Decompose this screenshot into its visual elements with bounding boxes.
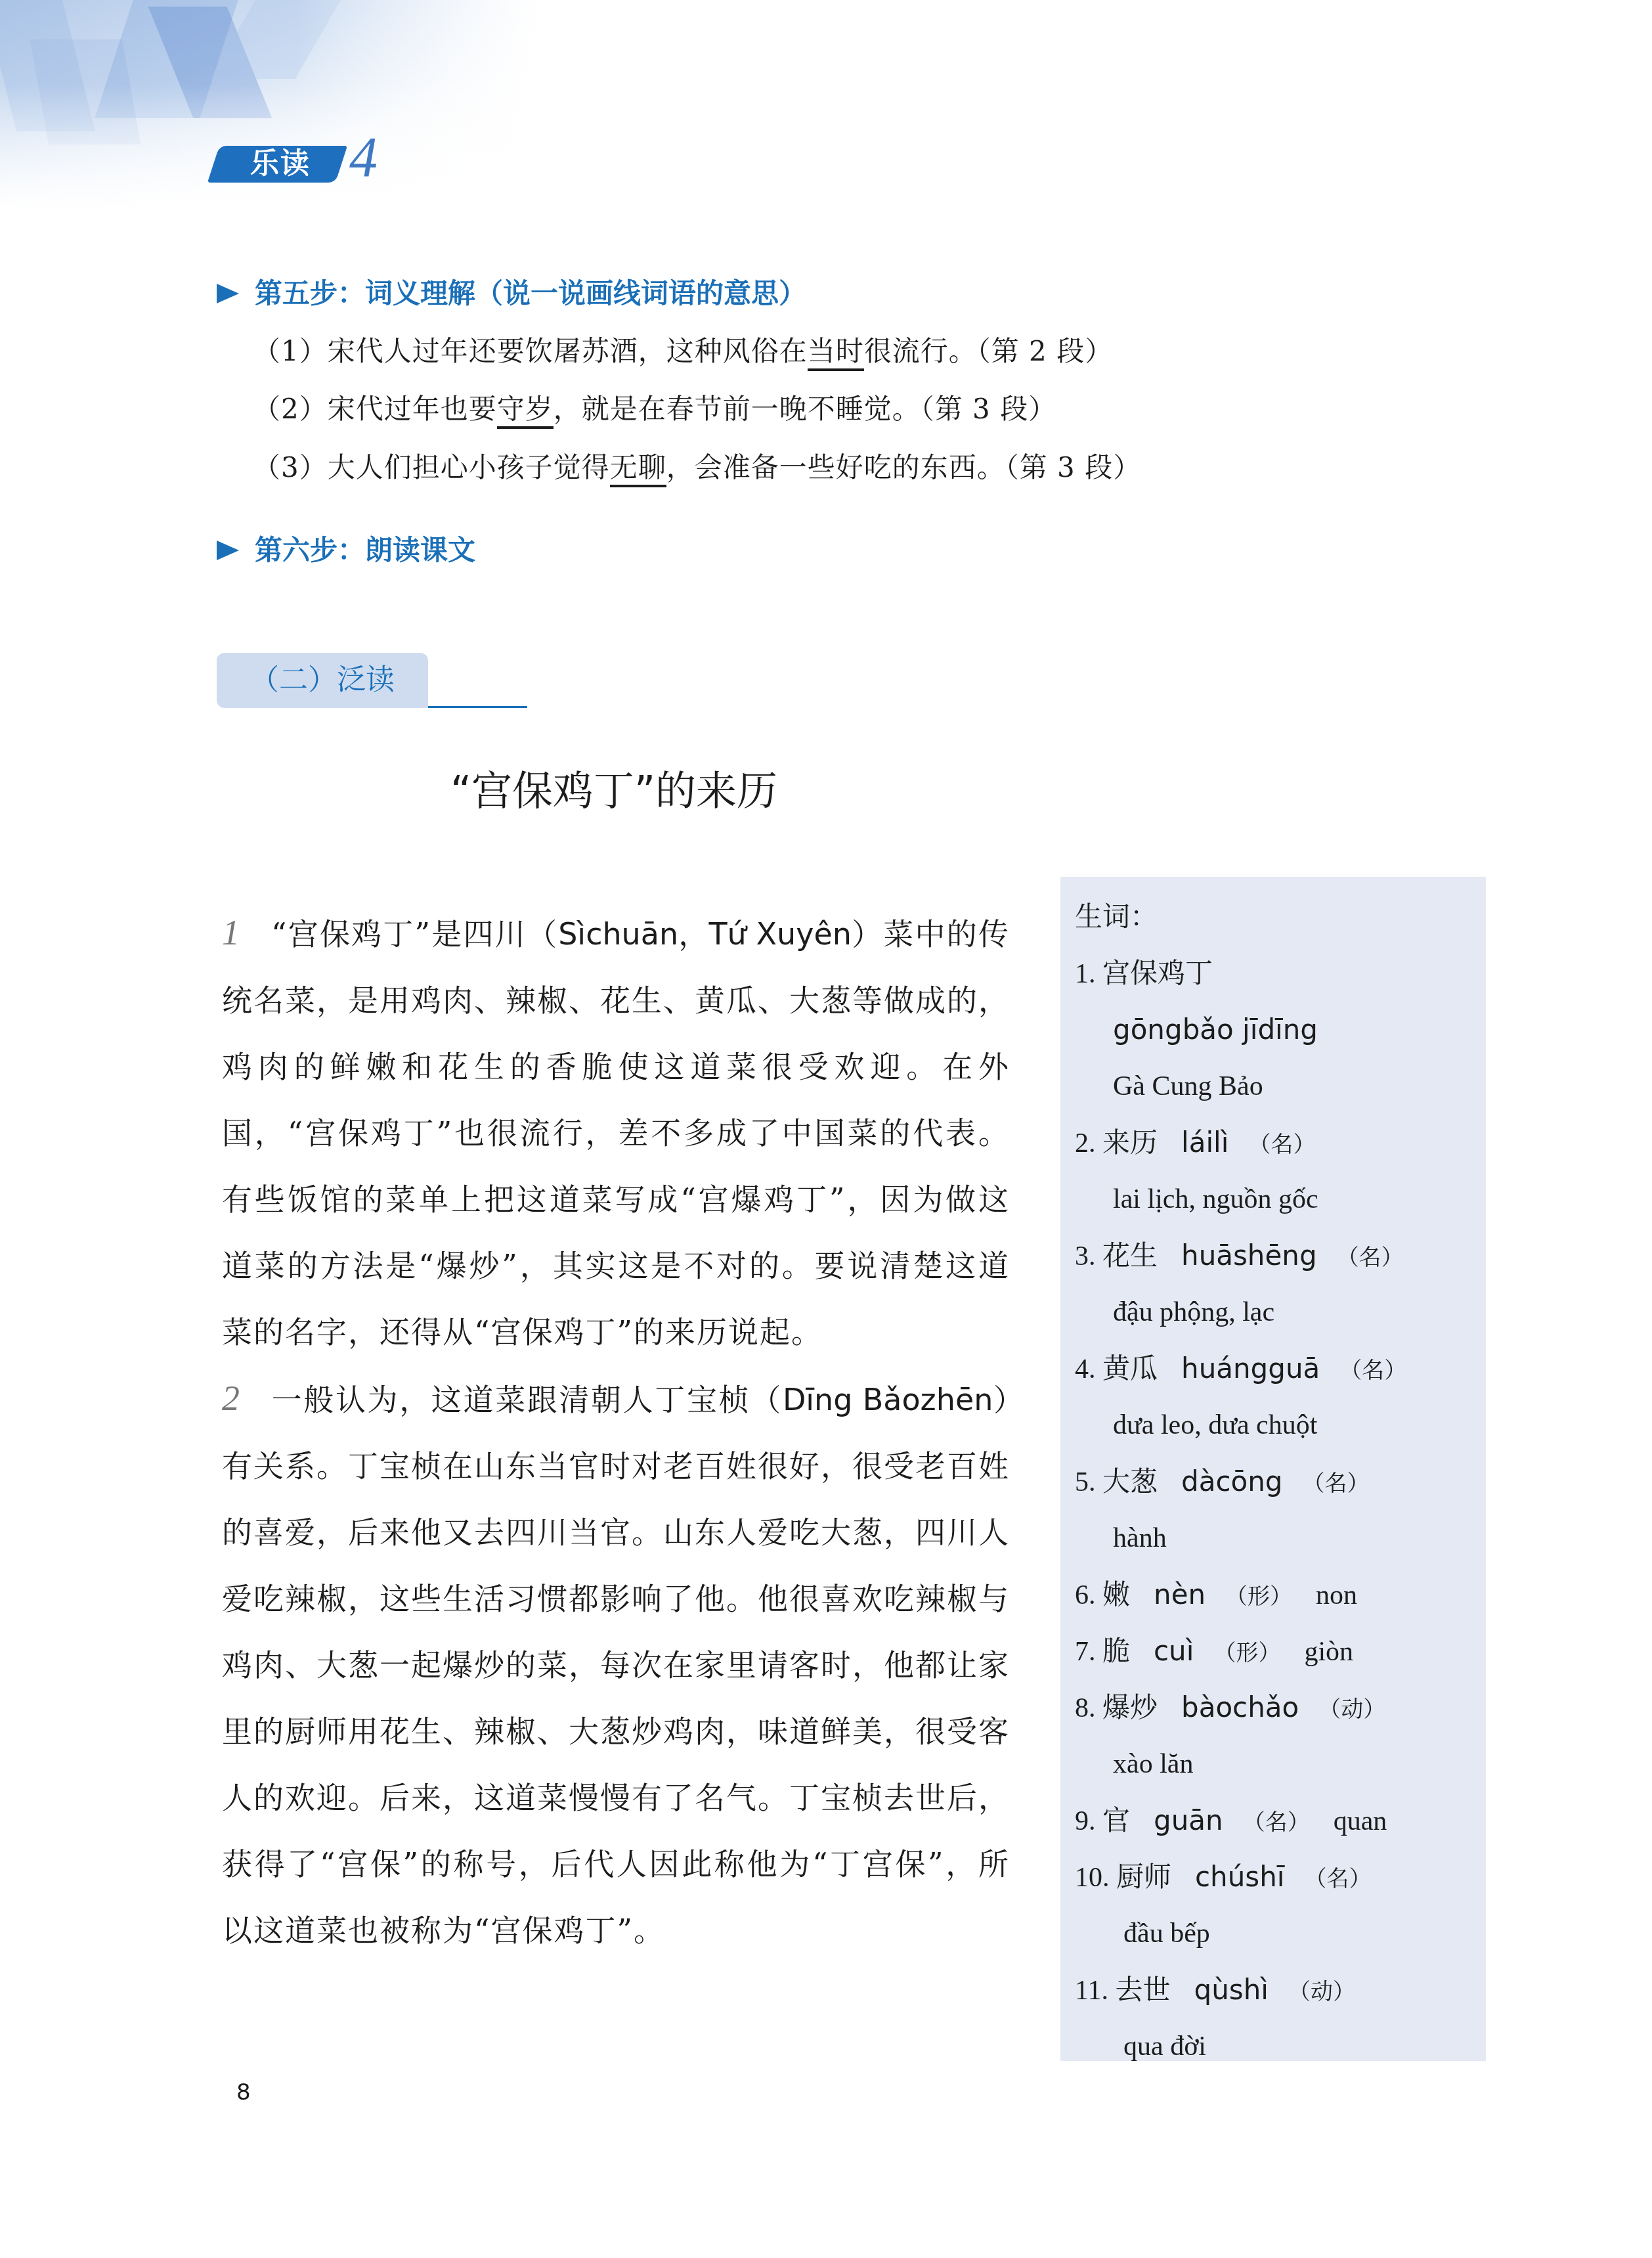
pinyin-annotation: Dīng Bǎozhēn (783, 1382, 993, 1417)
vocab-part-of-speech: （名） (1305, 1866, 1372, 1892)
vocab-word: 官 (1102, 1804, 1130, 1836)
pinyin-annotation: Sìchuān，Tứ Xuyên (558, 916, 852, 952)
unit-number: 4 (349, 129, 378, 185)
vocab-index: 7. (1075, 1637, 1096, 1667)
exercise-item-1: （1）宋代人过年还要饮屠苏酒，这种风俗在当时很流行。（第 2 段） (253, 333, 1113, 370)
vocab-word: 黄瓜 (1102, 1352, 1158, 1384)
vocab-index: 2. (1075, 1128, 1096, 1159)
exercise-item-3: （3）大人们担心小孩子觉得无聊，会准备一些好吃的东西。（第 3 段） (253, 449, 1141, 486)
article-body: 1“宫保鸡丁”是四川（Sìchuān，Tứ Xuyên）菜中的传统名菜，是用鸡肉… (222, 900, 1010, 1964)
triangle-bullet-icon (217, 284, 239, 303)
vocab-entry-4: 4. 黄瓜huángguā（名） (1075, 1340, 1479, 1397)
vocab-pinyin: dàcōng (1181, 1465, 1282, 1497)
vocab-meaning: xào lăn (1113, 1749, 1193, 1779)
exercise-text: 很流行。（第 2 段） (864, 335, 1113, 367)
paragraph-text: ）菜中的传统名菜，是用鸡肉、辣椒、花生、黄瓜、大葱等做成的，鸡肉的鲜嫩和花生的香… (222, 916, 1010, 1350)
vocab-entry-6: 6. 嫩nèn（形）non (1075, 1566, 1479, 1623)
vocab-part-of-speech: （名） (1302, 1471, 1369, 1497)
vocab-index: 6. (1075, 1580, 1096, 1610)
vocab-word: 爆炒 (1102, 1691, 1158, 1723)
article-paragraph-1: 1“宫保鸡丁”是四川（Sìchuān，Tứ Xuyên）菜中的传统名菜，是用鸡肉… (222, 900, 1010, 1365)
vocab-word: 花生 (1102, 1239, 1158, 1272)
vocab-pinyin: guān (1154, 1804, 1223, 1836)
vocab-index: 5. (1075, 1467, 1096, 1497)
exercise-text: （3）大人们担心小孩子觉得 (253, 451, 610, 483)
vocab-index: 9. (1075, 1806, 1096, 1836)
vocab-index: 10. (1075, 1863, 1110, 1893)
vocab-word: 大葱 (1102, 1465, 1158, 1497)
vocab-index: 1. (1075, 959, 1096, 989)
vocab-entry-8: 8. 爆炒bàochǎo（动） (1075, 1679, 1479, 1736)
page-number: 8 (236, 2079, 251, 2106)
section-label: （二）泛读 (217, 653, 428, 708)
vocab-meaning: hành (1113, 1523, 1167, 1553)
vocab-word: 来历 (1102, 1126, 1158, 1159)
step5-heading-text: 第五步：词义理解（说一说画线词语的意思） (255, 275, 806, 312)
vocab-meaning: quan (1334, 1806, 1387, 1836)
vocab-meaning: lai lịch, nguồn gốc (1113, 1184, 1318, 1214)
paragraph-number: 2 (222, 1379, 241, 1418)
vocab-part-of-speech: （形） (1225, 1583, 1292, 1610)
vocab-meaning-line: Gà Cung Bảo (1075, 1058, 1479, 1115)
vocab-part-of-speech: （动） (1288, 1979, 1355, 2005)
vocab-pinyin: láilì (1181, 1126, 1228, 1159)
vocab-entry-1: 1. 宫保鸡丁 (1075, 945, 1479, 1002)
vocab-part-of-speech: （形） (1213, 1640, 1280, 1666)
vocab-meaning-line: lai lịch, nguồn gốc (1075, 1171, 1479, 1228)
paragraph-number: 1 (222, 913, 241, 952)
vocab-entry-5: 5. 大葱dàcōng（名） (1075, 1453, 1479, 1510)
exercise-text: ，就是在春节前一晚不睡觉。（第 3 段） (554, 393, 1056, 425)
vocab-meaning: đầu bếp (1123, 1918, 1210, 1949)
vocab-pinyin: gōngbǎo jīdīng (1113, 1013, 1318, 1046)
vocab-part-of-speech: （名） (1339, 1358, 1406, 1384)
vocab-pinyin: qùshì (1194, 1974, 1268, 2006)
vocab-meaning: non (1316, 1580, 1357, 1610)
vocab-meaning-line: đầu bếp (1075, 1905, 1479, 1962)
exercise-text: （1）宋代人过年还要饮屠苏酒，这种风俗在 (253, 335, 808, 367)
vocab-word: 宫保鸡丁 (1102, 957, 1213, 989)
vocab-meaning-line: hành (1075, 1510, 1479, 1566)
paragraph-text: ）有关系。丁宝桢在山东当官时对老百姓很好，很受老百姓的喜爱，后来他又去四川当官。… (222, 1382, 1010, 1948)
vocabulary-heading: 生词： (1075, 889, 1479, 945)
paragraph-text: “宫保鸡丁”是四川（ (271, 916, 558, 952)
vocab-meaning-line: qua đời (1075, 2018, 1479, 2075)
vocab-word: 嫩 (1102, 1578, 1130, 1610)
step6-heading-text: 第六步：朗读课文 (255, 532, 475, 569)
vocab-entry-11: 11. 去世qùshì（动） (1075, 1962, 1479, 2018)
vocab-meaning: qua đời (1123, 2031, 1206, 2062)
vocab-pinyin: chúshī (1195, 1861, 1285, 1893)
vocab-meaning: đậu phộng, lạc (1113, 1297, 1274, 1327)
vocab-entry-9: 9. 官guān（名）quan (1075, 1792, 1479, 1849)
vocabulary-box: 生词： 1. 宫保鸡丁 gōngbǎo jīdīng Gà Cung Bảo 2… (1060, 877, 1486, 2061)
vocab-entry-3: 3. 花生huāshēng（名） (1075, 1228, 1479, 1284)
vocab-part-of-speech: （动） (1318, 1696, 1385, 1723)
vocab-meaning-line: xào lăn (1075, 1736, 1479, 1792)
step5-heading: 第五步：词义理解（说一说画线词语的意思） (217, 275, 806, 312)
step6-heading: 第六步：朗读课文 (217, 532, 475, 569)
chapter-badge-label: 乐读 (231, 144, 330, 184)
vocab-pinyin-line: gōngbǎo jīdīng (1075, 1002, 1479, 1058)
vocab-part-of-speech: （名） (1248, 1132, 1315, 1158)
triangle-bullet-icon (217, 541, 239, 560)
exercise-text: （2）宋代过年也要 (253, 393, 497, 425)
underlined-word: 守岁 (497, 393, 554, 429)
vocab-index: 4. (1075, 1354, 1096, 1384)
vocab-meaning: dưa leo, dưa chuột (1113, 1410, 1317, 1440)
vocab-word: 去世 (1115, 1974, 1170, 2006)
paragraph-text: 一般认为，这道菜跟清朝人丁宝桢（ (271, 1382, 783, 1417)
vocab-index: 11. (1075, 1976, 1108, 2006)
vocab-meaning: giòn (1304, 1637, 1353, 1667)
article-paragraph-2: 2一般认为，这道菜跟清朝人丁宝桢（Dīng Bǎozhēn）有关系。丁宝桢在山东… (222, 1365, 1010, 1964)
vocab-meaning: Gà Cung Bảo (1113, 1071, 1263, 1101)
vocab-pinyin: huángguā (1181, 1352, 1320, 1384)
article-title: “宫保鸡丁”的来历 (220, 765, 1008, 818)
underlined-word: 无聊 (610, 451, 666, 487)
section-label-underline (428, 706, 527, 708)
vocab-meaning-line: dưa leo, dưa chuột (1075, 1397, 1479, 1453)
vocab-pinyin: bàochǎo (1181, 1691, 1299, 1723)
vocab-word: 脆 (1102, 1635, 1130, 1667)
vocab-entry-10: 10. 厨师chúshī（名） (1075, 1849, 1479, 1905)
vocab-part-of-speech: （名） (1243, 1809, 1310, 1836)
vocab-index: 8. (1075, 1693, 1096, 1723)
vocab-word: 厨师 (1116, 1861, 1171, 1893)
underlined-word: 当时 (808, 335, 864, 371)
exercise-text: ，会准备一些好吃的东西。（第 3 段） (666, 451, 1141, 483)
vocab-pinyin: huāshēng (1181, 1239, 1317, 1272)
vocab-meaning-line: đậu phộng, lạc (1075, 1284, 1479, 1340)
vocab-pinyin: nèn (1154, 1578, 1206, 1610)
vocab-part-of-speech: （名） (1337, 1245, 1404, 1271)
exercise-item-2: （2）宋代过年也要守岁，就是在春节前一晚不睡觉。（第 3 段） (253, 391, 1056, 428)
vocab-pinyin: cuì (1154, 1635, 1194, 1667)
vocab-entry-2: 2. 来历láilì（名） (1075, 1115, 1479, 1171)
vocab-index: 3. (1075, 1241, 1096, 1272)
vocab-entry-7: 7. 脆cuì（形）giòn (1075, 1623, 1479, 1679)
